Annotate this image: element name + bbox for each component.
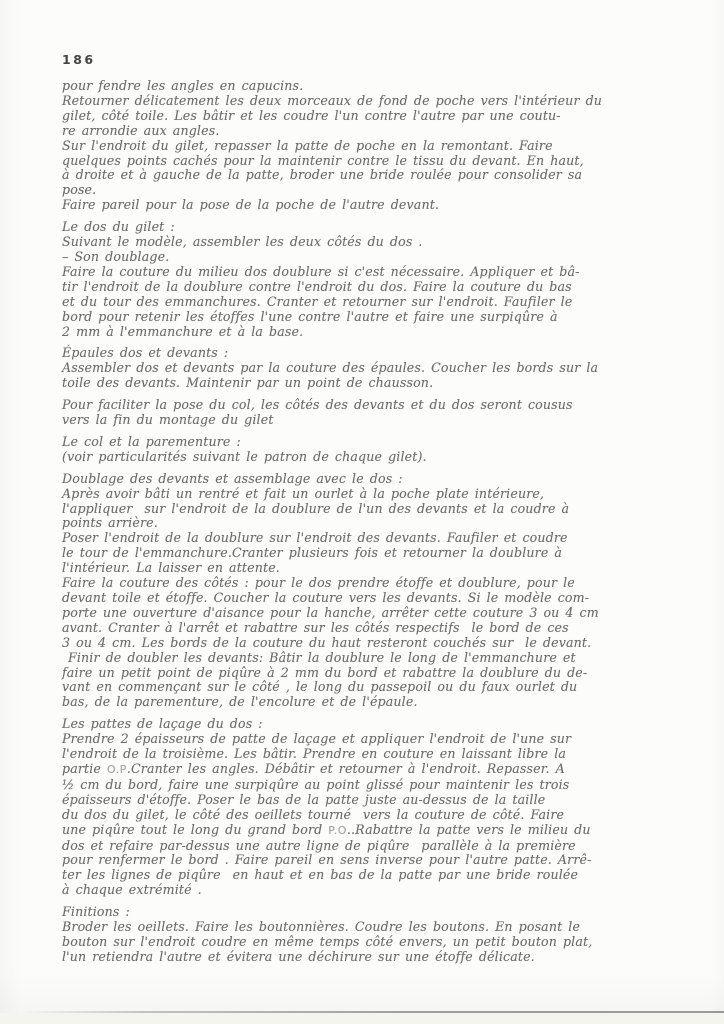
text-line: pour fendre les angles en capucins.: [62, 79, 647, 94]
text-line: devant toile et étoffe. Coucher la coutu…: [62, 591, 647, 606]
text-line: re arrondie aux angles.: [62, 124, 647, 139]
text-line: gilet, côté toile. Les bâtir et les coud…: [62, 109, 647, 124]
paragraph: Épaules dos et devants :Assembler dos et…: [62, 346, 647, 391]
text-line: ter les lignes de piqûre en haut et en b…: [62, 868, 647, 883]
paragraph: Finitions :Broder les oeillets. Faire le…: [62, 905, 647, 965]
text-line: 3 ou 4 cm. Les bords de la couture du ha…: [62, 636, 647, 651]
paragraph: Le dos du gilet :Suivant le modèle, asse…: [62, 220, 647, 339]
text-line: Retourner délicatement les deux morceaux…: [62, 94, 647, 109]
text-line: Assembler dos et devants par la couture …: [62, 361, 647, 376]
text-line: à droite et à gauche de la patte, broder…: [62, 168, 647, 183]
paragraph: Doublage des devants et assemblage avec …: [62, 472, 647, 711]
text-line: bouton sur l'endroit coudre en même temp…: [62, 935, 647, 950]
text-line: et du tour des emmanchures. Cranter et r…: [62, 295, 647, 310]
text-line: Après avoir bâti un rentré et fait un ou…: [62, 487, 647, 502]
page-edge-shadow: [20, 1011, 724, 1013]
text-line: Finir de doubler les devants: Bâtir la d…: [62, 651, 647, 666]
text-line: ½ cm du bord, faire une surpiqûre au poi…: [62, 778, 647, 793]
text-line: (voir particularités suivant le patron d…: [62, 450, 647, 465]
text-line: pour renfermer le bord . Faire pareil en…: [62, 853, 647, 868]
paragraph: pour fendre les angles en capucins.Retou…: [62, 79, 647, 213]
pattern-code: O.P: [107, 763, 127, 776]
binding-holes: [684, 0, 724, 1024]
text-body: pour fendre les angles en capucins.Retou…: [62, 79, 647, 965]
paragraph: Les pattes de laçage du dos :Prendre 2 é…: [62, 717, 647, 898]
text-line: bas, de la parementure, de l'encolure et…: [62, 695, 647, 710]
text-line: points arrière.: [62, 516, 647, 531]
text-line: Sur l'endroit du gilet, repasser la patt…: [62, 139, 647, 154]
text-line: l'appliquer sur l'endroit de la doublure…: [62, 502, 647, 517]
text-line: l'endroit de la troisième. Les bâtir. Pr…: [62, 747, 647, 762]
text-line: Prendre 2 épaisseurs de patte de laçage …: [62, 732, 647, 747]
text-line: Faire la couture du milieu dos doublure …: [62, 265, 647, 280]
text-line: pose.: [62, 183, 647, 198]
page-number: 186: [62, 52, 96, 67]
pattern-code: P.O: [328, 824, 347, 837]
text-line: Pour faciliter la pose du col, les côtés…: [62, 398, 647, 413]
text-line: Les pattes de laçage du dos :: [62, 717, 647, 732]
text-line: toile des devants. Maintenir par un poin…: [62, 376, 647, 391]
page-bottom-band: [0, 1013, 724, 1024]
text-line: à chaque extrémité .: [62, 883, 647, 898]
text-line: Doublage des devants et assemblage avec …: [62, 472, 647, 487]
paragraph: Pour faciliter la pose du col, les côtés…: [62, 398, 647, 428]
text-line: Finitions :: [62, 905, 647, 920]
text-line: Faire la couture des côtés : pour le dos…: [62, 576, 647, 591]
text-line: quelques points cachés pour la maintenir…: [62, 154, 647, 169]
text-line: Le dos du gilet :: [62, 220, 647, 235]
text-line: faire un petit point de piqûre à 2 mm du…: [62, 666, 647, 681]
text-line: vant en commençant sur le côté , le long…: [62, 680, 647, 695]
text-line: le tour de l'emmanchure.Cranter plusieur…: [62, 546, 647, 561]
text-line: une piqûre tout le long du grand bord P.…: [62, 823, 647, 839]
text-line: dos et refaire par-dessus une autre lign…: [62, 839, 647, 854]
text-line: épaisseurs d'étoffe. Poser le bas de la …: [62, 793, 647, 808]
text-line: vers la fin du montage du gilet: [62, 413, 647, 428]
text-line: tir l'endroit de la doublure contre l'en…: [62, 280, 647, 295]
text-line: partie O.P.Cranter les angles. Débâtir e…: [62, 762, 647, 778]
text-line: l'un retiendra l'autre et évitera une dé…: [62, 950, 647, 965]
text-line: Broder les oeillets. Faire les boutonniè…: [62, 920, 647, 935]
text-line: l'intérieur. La laisser en attente.: [62, 561, 647, 576]
text-line: – Son doublage.: [62, 250, 647, 265]
text-line: du dos du gilet, le côté des oeillets to…: [62, 808, 647, 823]
paragraph: Le col et la parementure :(voir particul…: [62, 435, 647, 465]
text-line: bord pour retenir les étoffes l'une cont…: [62, 310, 647, 325]
text-line: avant. Cranter à l'arrêt et rabattre sur…: [62, 621, 647, 636]
text-line: porte une ouverture d'aisance pour la ha…: [62, 606, 647, 621]
text-line: Suivant le modèle, assembler les deux cô…: [62, 235, 647, 250]
text-line: Faire pareil pour la pose de la poche de…: [62, 198, 647, 213]
text-line: Le col et la parementure :: [62, 435, 647, 450]
scanned-page: 186 pour fendre les angles en capucins.R…: [0, 0, 724, 1024]
text-line: Poser l'endroit de la doublure sur l'end…: [62, 531, 647, 546]
text-line: 2 mm à l'emmanchure et à la base.: [62, 325, 647, 340]
text-line: Épaules dos et devants :: [62, 346, 647, 361]
